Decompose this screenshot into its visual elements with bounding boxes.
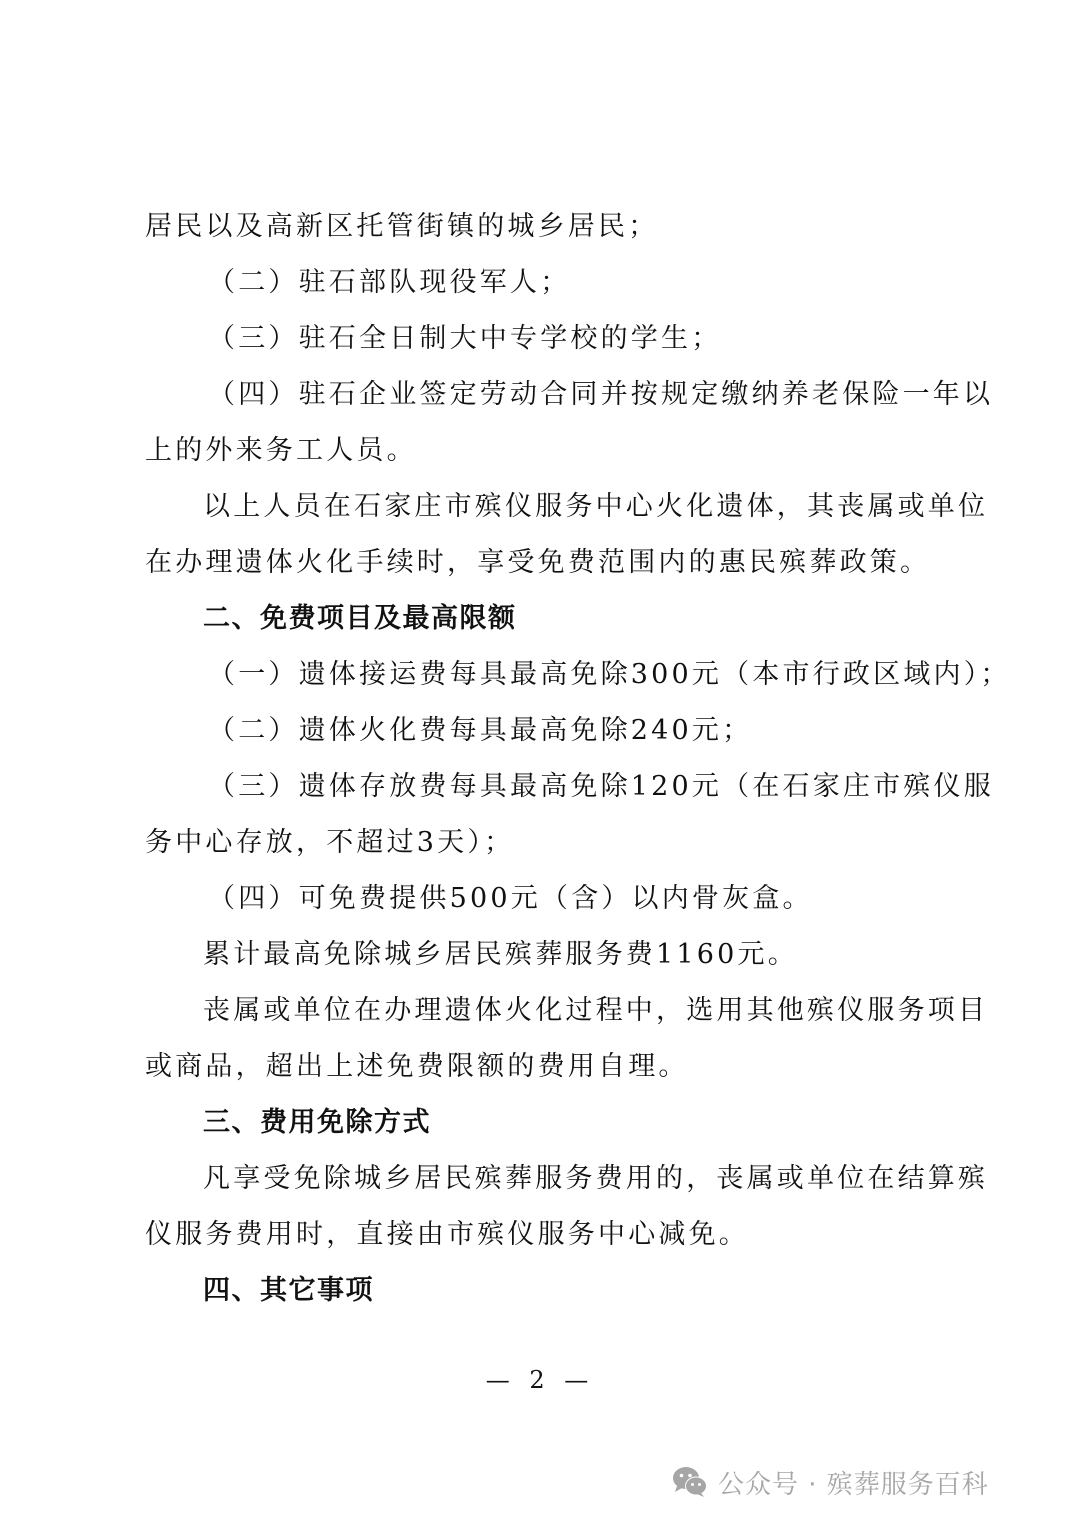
page-number: — 2 — [0,1363,1080,1397]
paragraph: 以上人员在石家庄市殡仪服务中心火化遗体，其丧属或单位 [203,487,1013,527]
paragraph: 凡享受免除城乡居民殡葬服务费用的，丧属或单位在结算殡 [203,1159,1013,1199]
section-heading: 四、其它事项 [203,1271,1013,1311]
list-item: （二）驻石部队现役军人； [208,263,1018,303]
section-heading: 三、费用免除方式 [203,1103,1013,1143]
list-item: （三）遗体存放费每具最高免除120元（在石家庄市殡仪服 [208,767,1018,807]
document-page: 居民以及高新区托管街镇的城乡居民； （二）驻石部队现役军人； （三）驻石全日制大… [0,0,1080,1527]
text-line: 上的外来务工人员。 [145,431,955,471]
paragraph: 丧属或单位在办理遗体火化过程中，选用其他殡仪服务项目 [203,991,1013,1031]
watermark-text: 公众号 · 殡葬服务百科 [718,1464,989,1501]
list-item: （四）驻石企业签定劳动合同并按规定缴纳养老保险一年以 [208,375,1018,415]
wechat-icon [672,1466,708,1498]
paragraph: 累计最高免除城乡居民殡葬服务费1160元。 [203,935,1013,975]
watermark: 公众号 · 殡葬服务百科 [672,1462,989,1502]
list-item: （一）遗体接运费每具最高免除300元（本市行政区域内）； [208,655,1018,695]
text-line: 务中心存放，不超过3天）； [145,823,955,863]
section-heading: 二、免费项目及最高限额 [203,599,1013,639]
text-line: 在办理遗体火化手续时，享受免费范围内的惠民殡葬政策。 [145,543,955,583]
text-line: 或商品，超出上述免费限额的费用自理。 [145,1047,955,1087]
list-item: （三）驻石全日制大中专学校的学生； [208,319,1018,359]
text-line: 仪服务费用时，直接由市殡仪服务中心减免。 [145,1215,955,1255]
list-item: （四）可免费提供500元（含）以内骨灰盒。 [208,879,1018,919]
text-line: 居民以及高新区托管街镇的城乡居民； [145,207,955,247]
list-item: （二）遗体火化费每具最高免除240元； [208,711,1018,751]
